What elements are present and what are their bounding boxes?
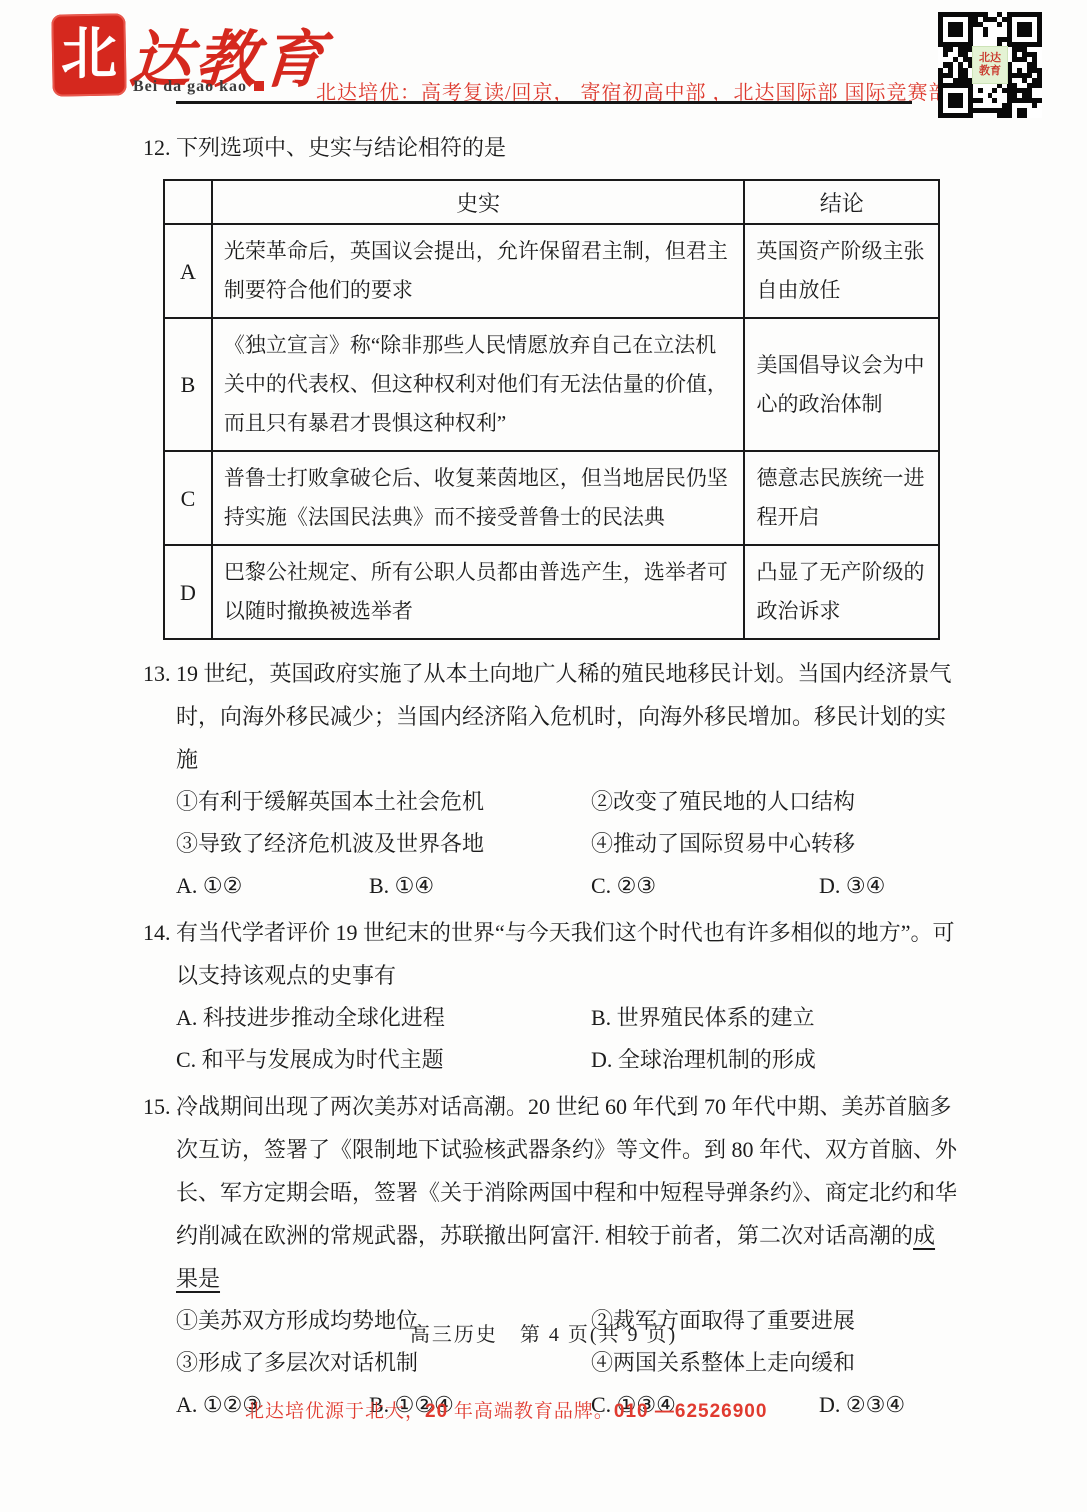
promo-phone: 010 —62526900 bbox=[614, 1401, 768, 1422]
qr-center-label: 北达 教育 bbox=[972, 46, 1008, 84]
qr-code: 北达 教育 bbox=[938, 12, 1042, 118]
choice-d: D. 全球治理机制的形成 bbox=[591, 1039, 957, 1081]
question-12: 12. 下列选项中、史实与结论相符的是 史实 结论 A 光荣革命后，英国议会提出… bbox=[143, 126, 957, 640]
choice-c: C. ②③ bbox=[591, 865, 819, 907]
question-stem-text: 19 世纪，英国政府实施了从本土向地广人稀的殖民地移民计划。当国内经济景气时，向… bbox=[176, 652, 957, 781]
choice-c: C. 和平与发展成为时代主题 bbox=[176, 1039, 591, 1081]
question-14: 14. 有当代学者评价 19 世纪末的世界“与今天我们这个时代也有许多相似的地方… bbox=[143, 911, 957, 1081]
choice-a: A. 科技进步推动全球化进程 bbox=[176, 997, 591, 1039]
question-14-stem: 14. 有当代学者评价 19 世纪末的世界“与今天我们这个时代也有许多相似的地方… bbox=[143, 911, 957, 997]
stem-main: 冷战期间出现了两次美苏对话高潮。20 世纪 60 年代到 70 年代中期、美苏首… bbox=[176, 1094, 957, 1248]
question-stem-text: 有当代学者评价 19 世纪末的世界“与今天我们这个时代也有许多相似的地方”。可以… bbox=[176, 911, 957, 997]
item-4: ④两国关系整体上走向缓和 bbox=[591, 1342, 957, 1384]
question-number: 12. bbox=[143, 126, 176, 169]
conclusion-cell: 英国资产阶级主张自由放任 bbox=[744, 224, 939, 318]
fact-cell: 光荣革命后，英国议会提出，允许保留君主制，但君主制要符合他们的要求 bbox=[212, 224, 745, 318]
question-number: 14. bbox=[143, 911, 176, 997]
option-cell: D bbox=[164, 545, 212, 639]
promo-years: 20 bbox=[425, 1401, 448, 1422]
table-row: B 《独立宣言》称“除非那些人民情愿放弃自己在立法机关中的代表权、但这种权利对他… bbox=[164, 318, 939, 451]
table-header-row: 史实 结论 bbox=[164, 180, 939, 224]
question-number: 15. bbox=[143, 1085, 176, 1300]
q13-items: ①有利于缓解英国本土社会危机 ②改变了殖民地的人口结构 ③导致了经济危机波及世界… bbox=[176, 781, 957, 865]
item-2: ②改变了殖民地的人口结构 bbox=[591, 781, 957, 823]
question-15: 15. 冷战期间出现了两次美苏对话高潮。20 世纪 60 年代到 70 年代中期… bbox=[143, 1085, 957, 1426]
exam-page: 北 达教育 Bei da gao kao 北达培优：高考复读/回京， 寄宿初高中… bbox=[0, 0, 1087, 1512]
conclusion-cell: 凸显了无产阶级的政治诉求 bbox=[744, 545, 939, 639]
item-3: ③形成了多层次对话机制 bbox=[176, 1342, 591, 1384]
question-13: 13. 19 世纪，英国政府实施了从本土向地广人稀的殖民地移民计划。当国内经济景… bbox=[143, 652, 957, 907]
item-1: ①有利于缓解英国本土社会危机 bbox=[176, 781, 591, 823]
table-row: D 巴黎公社规定、所有公职人员都由普选产生，选举者可以随时撤换被选举者 凸显了无… bbox=[164, 545, 939, 639]
exam-body: 12. 下列选项中、史实与结论相符的是 史实 结论 A 光荣革命后，英国议会提出… bbox=[0, 122, 1087, 1426]
conclusion-cell: 美国倡导议会为中心的政治体制 bbox=[744, 318, 939, 451]
conclusion-column-header: 结论 bbox=[744, 180, 939, 224]
choice-d: D. ②③④ bbox=[819, 1384, 957, 1426]
header-divider bbox=[176, 101, 912, 104]
choice-b: B. ①④ bbox=[369, 865, 591, 907]
question-stem-text: 下列选项中、史实与结论相符的是 bbox=[176, 126, 957, 169]
red-square-icon bbox=[254, 81, 264, 91]
item-4: ④推动了国际贸易中心转移 bbox=[591, 823, 957, 865]
option-cell: C bbox=[164, 451, 212, 545]
question-stem-text: 冷战期间出现了两次美苏对话高潮。20 世纪 60 年代到 70 年代中期、美苏首… bbox=[176, 1085, 957, 1300]
fact-cell: 《独立宣言》称“除非那些人民情愿放弃自己在立法机关中的代表权、但这种权利对他们有… bbox=[212, 318, 745, 451]
option-cell: A bbox=[164, 224, 212, 318]
brand-subtitle: Bei da gao kao bbox=[133, 78, 264, 96]
question-number: 13. bbox=[143, 652, 176, 781]
fact-cell: 巴黎公社规定、所有公职人员都由普选产生，选举者可以随时撤换被选举者 bbox=[212, 545, 745, 639]
seal-character: 北 bbox=[61, 27, 117, 83]
qr-label-line2: 教育 bbox=[979, 65, 1001, 78]
brand-subtitle-text: Bei da gao kao bbox=[133, 78, 247, 95]
question-15-stem: 15. 冷战期间出现了两次美苏对话高潮。20 世纪 60 年代到 70 年代中期… bbox=[143, 1085, 957, 1300]
item-3: ③导致了经济危机波及世界各地 bbox=[176, 823, 591, 865]
promo-mid: 年高端教育品牌。 bbox=[448, 1401, 614, 1422]
choice-d: D. ③④ bbox=[819, 865, 957, 907]
question-12-stem: 12. 下列选项中、史实与结论相符的是 bbox=[143, 126, 957, 169]
option-cell: B bbox=[164, 318, 212, 451]
conclusion-cell: 德意志民族统一进程开启 bbox=[744, 451, 939, 545]
brand-seal-icon: 北 bbox=[51, 13, 126, 96]
fact-cell: 普鲁士打败拿破仑后、收复莱茵地区，但当地居民仍坚持实施《法国民法典》而不接受普鲁… bbox=[212, 451, 745, 545]
table-row: C 普鲁士打败拿破仑后、收复莱茵地区，但当地居民仍坚持实施《法国民法典》而不接受… bbox=[164, 451, 939, 545]
choice-b: B. 世界殖民体系的建立 bbox=[591, 997, 957, 1039]
footer-promo: 北达培优源于北大，20 年高端教育品牌。010 —62526900 bbox=[245, 1396, 767, 1423]
q13-choices: A. ①② B. ①④ C. ②③ D. ③④ bbox=[176, 865, 957, 907]
question-13-stem: 13. 19 世纪，英国政府实施了从本土向地广人稀的殖民地移民计划。当国内经济景… bbox=[143, 652, 957, 781]
table-row: A 光荣革命后，英国议会提出，允许保留君主制，但君主制要符合他们的要求 英国资产… bbox=[164, 224, 939, 318]
promo-prefix: 北达培优源于北大， bbox=[245, 1401, 425, 1422]
fact-column-header: 史实 bbox=[212, 180, 745, 224]
page-header: 北 达教育 Bei da gao kao 北达培优：高考复读/回京， 寄宿初高中… bbox=[0, 0, 1087, 122]
choice-a: A. ①② bbox=[176, 865, 369, 907]
q12-table: 史实 结论 A 光荣革命后，英国议会提出，允许保留君主制，但君主制要符合他们的要… bbox=[163, 179, 940, 640]
page-number: 高三历史 第 4 页(共 9 页) bbox=[0, 1318, 1087, 1347]
qr-label-line1: 北达 bbox=[979, 52, 1001, 65]
q14-choices: A. 科技进步推动全球化进程 B. 世界殖民体系的建立 C. 和平与发展成为时代… bbox=[176, 997, 957, 1081]
option-column-header bbox=[164, 180, 212, 224]
